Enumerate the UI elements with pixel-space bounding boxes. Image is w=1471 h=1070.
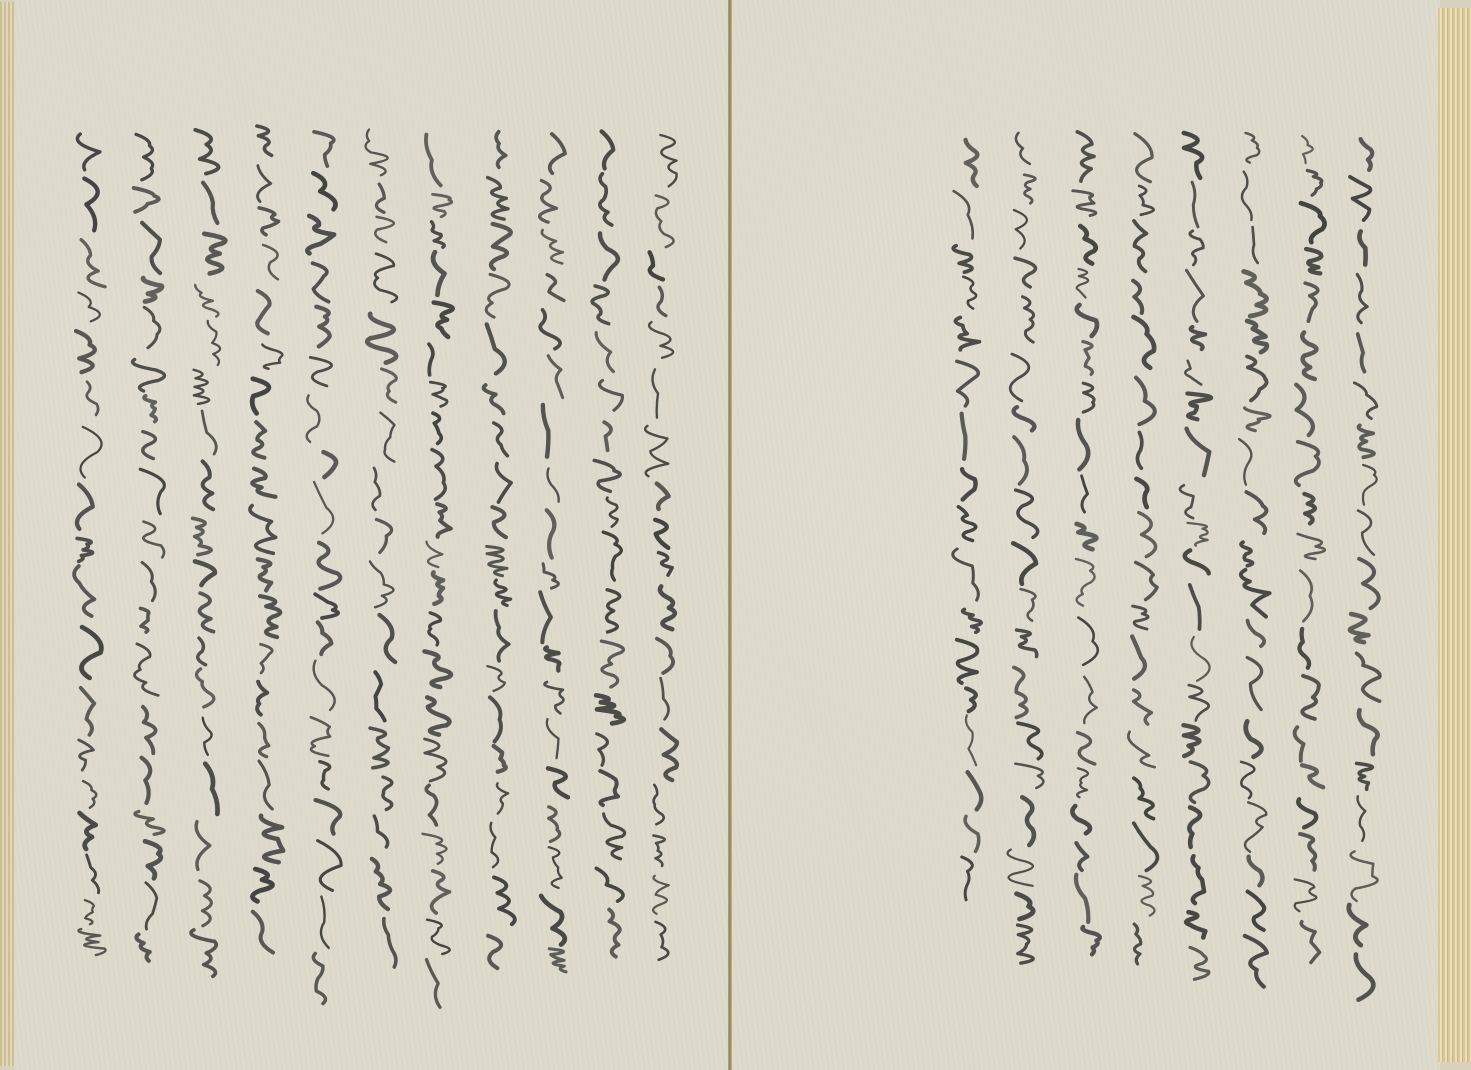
right-page-column-1 <box>1349 139 1380 1000</box>
right-page-column-3 <box>1239 133 1270 987</box>
right-page-column-2 <box>1295 136 1325 962</box>
right-page-column-4 <box>1180 133 1211 979</box>
right-page-column-6 <box>1072 132 1100 955</box>
left-page-column-8 <box>250 126 283 953</box>
left-page-column-11 <box>74 134 105 955</box>
right-page-column-5 <box>1128 134 1157 964</box>
left-page-column-5 <box>423 135 453 1008</box>
left-page-column-6 <box>366 130 397 968</box>
book-spread <box>0 0 1471 1070</box>
left-page-column-3 <box>540 134 568 972</box>
left-page-column-2 <box>592 131 624 956</box>
right-page-column-7 <box>1008 133 1044 963</box>
left-page-column-1 <box>645 135 677 960</box>
left-page-column-9 <box>191 130 225 976</box>
left-page-column-7 <box>307 132 342 1004</box>
left-page-column-10 <box>133 134 165 960</box>
right-page-column-8 <box>953 140 982 900</box>
calligraphy-ink-layer <box>0 0 1471 1070</box>
left-page-column-4 <box>484 132 515 968</box>
